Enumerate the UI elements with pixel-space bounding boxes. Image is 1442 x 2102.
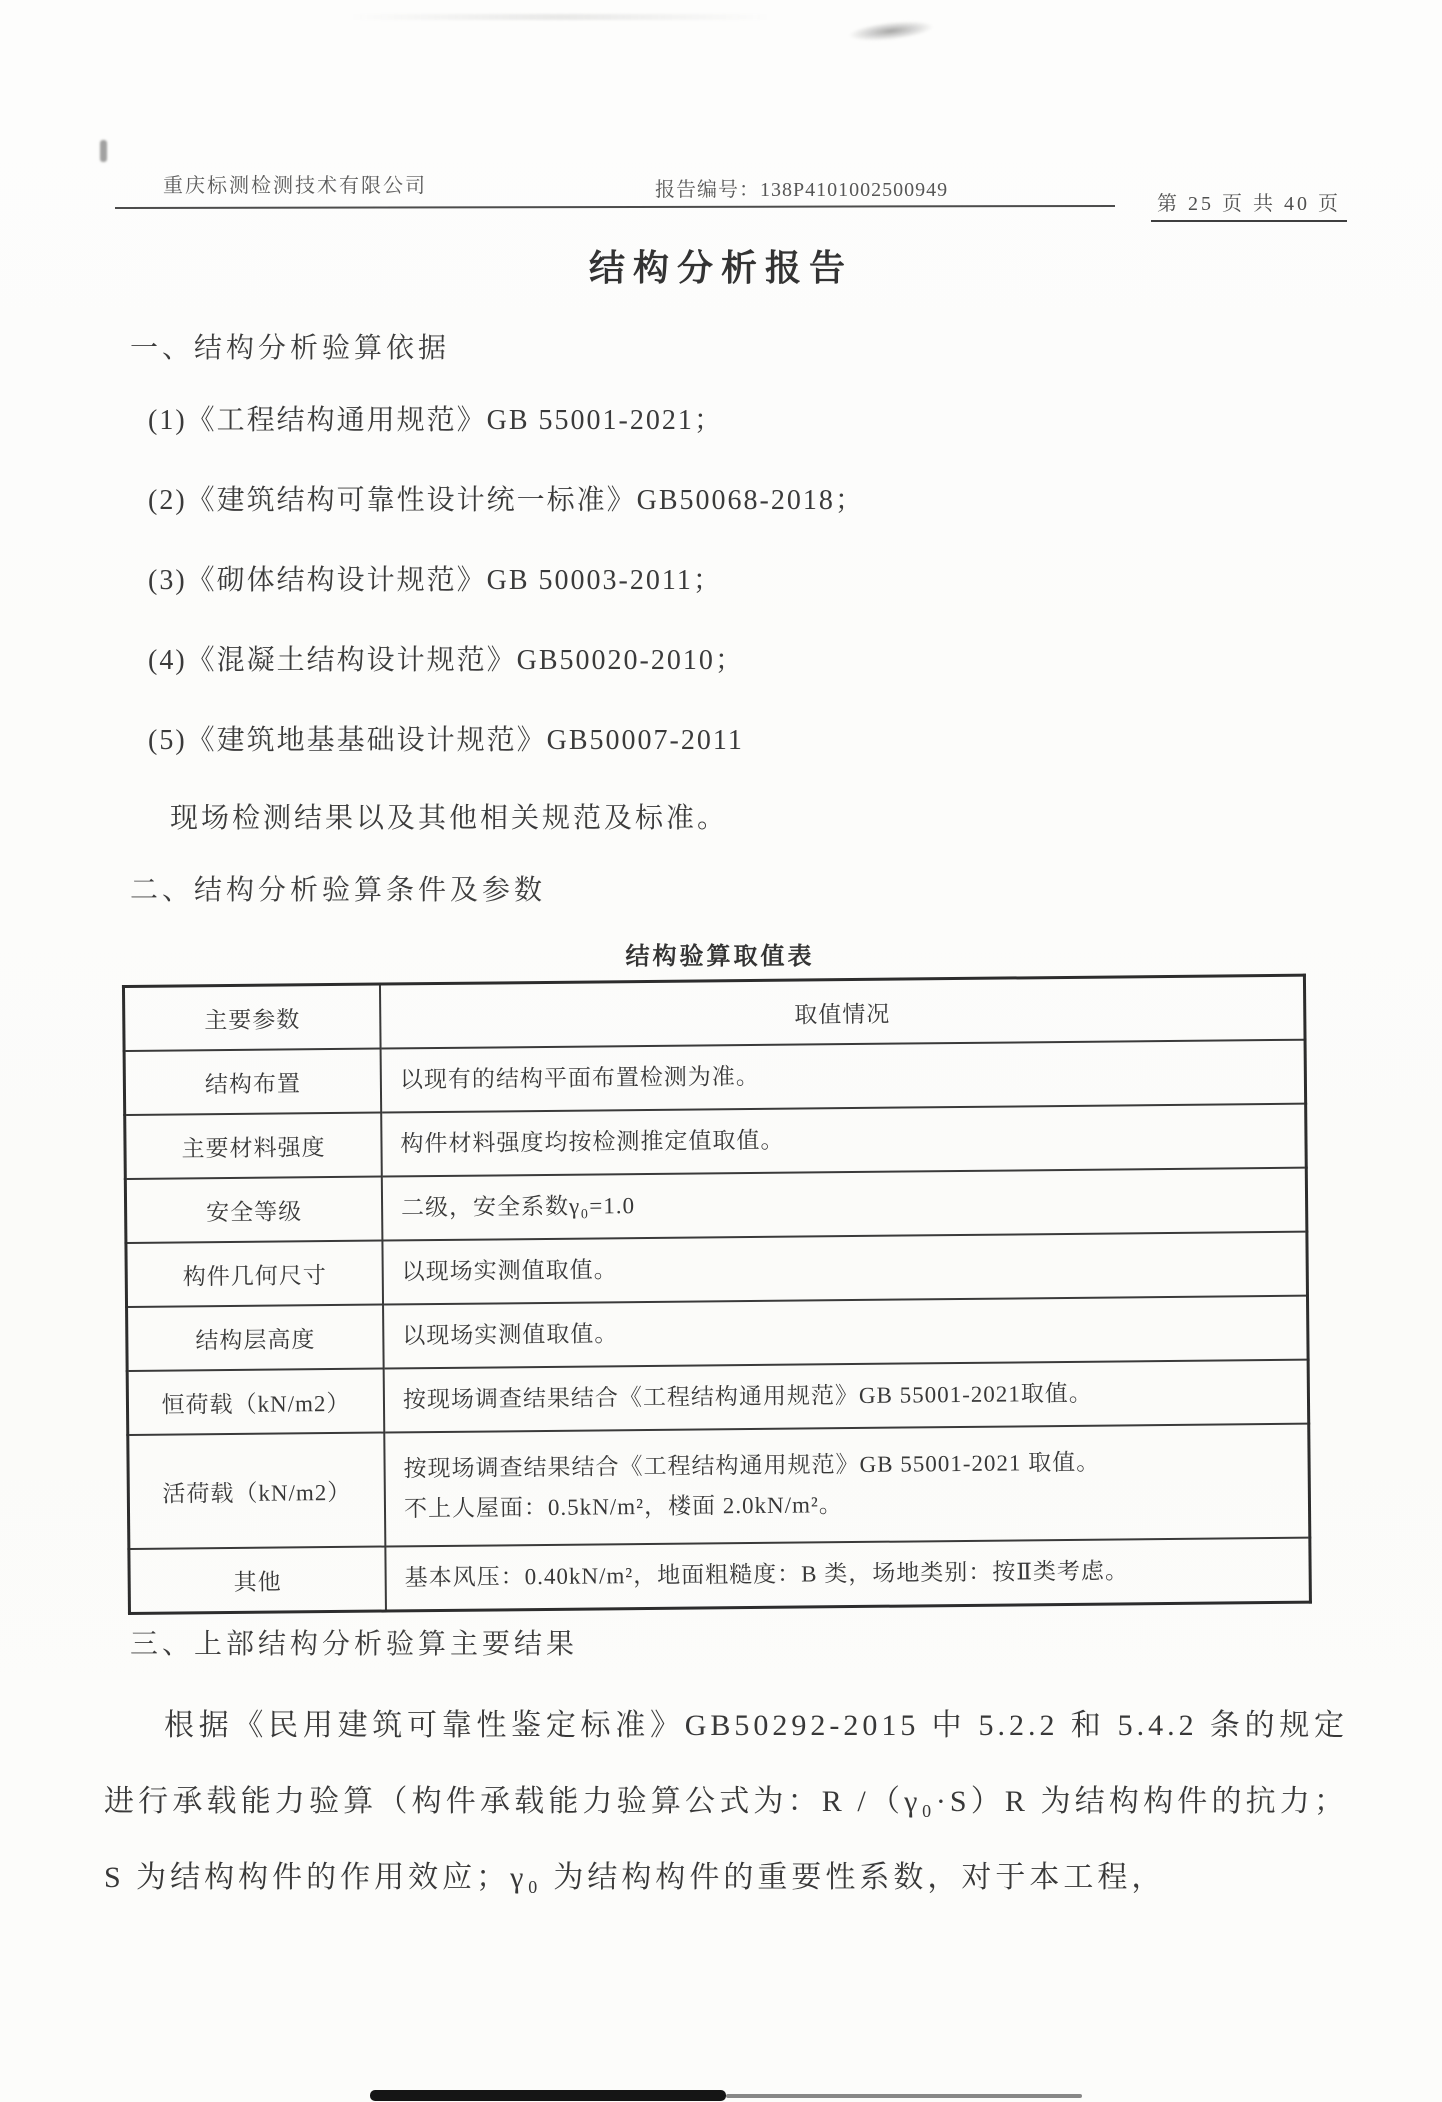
value-cell: 按现场调查结果结合《工程结构通用规范》GB 55001-2021 取值。 不上人… <box>384 1424 1310 1547</box>
section-params-heading: 二、结构分析验算条件及参数 <box>130 868 546 908</box>
reference-item: (1)《工程结构通用规范》GB 55001-2021； <box>148 398 724 438</box>
param-cell: 恒荷载（kN/m2） <box>127 1369 384 1435</box>
column-header-value: 取值情况 <box>380 975 1305 1048</box>
section-results-heading: 三、上部结构分析验算主要结果 <box>130 1622 578 1662</box>
reference-note: 现场检测结果以及其他相关规范及标准。 <box>170 796 728 836</box>
document-page: 重庆标测检测技术有限公司 报告编号：138P4101002500949 第 25… <box>0 0 1442 2102</box>
table-header-row: 主要参数 取值情况 <box>123 975 1305 1051</box>
param-cell: 活荷载（kN/m2） <box>128 1433 386 1549</box>
page-header: 重庆标测检测技术有限公司 报告编号：138P4101002500949 第 25… <box>115 146 1347 208</box>
scan-speck <box>100 140 107 162</box>
table-row: 活荷载（kN/m2） 按现场调查结果结合《工程结构通用规范》GB 55001-2… <box>128 1424 1310 1549</box>
value-cell: 按现场调查结果结合《工程结构通用规范》GB 55001-2021取值。 <box>384 1360 1309 1433</box>
report-number-label: 报告编号： <box>655 179 760 201</box>
param-cell: 主要材料强度 <box>125 1113 382 1179</box>
report-number: 报告编号：138P4101002500949 <box>655 173 948 202</box>
scan-bottom-line <box>726 2094 1082 2098</box>
table-row: 结构层高度 以现场实测值取值。 <box>127 1296 1309 1371</box>
page-indicator: 第 25 页 共 40 页 <box>1151 187 1347 222</box>
document-title: 结构分析报告 <box>0 240 1442 291</box>
reference-item: (2)《建筑结构可靠性设计统一标准》GB50068-2018； <box>148 478 865 518</box>
table-row: 结构布置 以现有的结构平面布置检测为准。 <box>124 1040 1306 1115</box>
param-cell: 其他 <box>129 1547 386 1614</box>
reference-item: (5)《建筑地基基础设计规范》GB50007-2011 <box>148 718 744 758</box>
table-row: 安全等级 二级，安全系数γ₀=1.0 <box>125 1168 1307 1243</box>
table-row: 主要材料强度 构件材料强度均按检测推定值取值。 <box>125 1104 1307 1179</box>
scan-bottom-bar <box>370 2090 726 2101</box>
value-cell: 构件材料强度均按检测推定值取值。 <box>381 1104 1306 1177</box>
value-cell: 基本风压：0.40kN/m²，地面粗糙度：B 类，场地类别：按Ⅱ类考虑。 <box>385 1538 1310 1611</box>
value-cell: 以现有的结构平面布置检测为准。 <box>381 1040 1306 1113</box>
header-divider <box>115 205 1115 209</box>
param-cell: 结构层高度 <box>127 1305 384 1371</box>
results-paragraph: 根据《民用建筑可靠性鉴定标准》GB50292-2015 中 5.2.2 和 5.… <box>104 1688 1348 1916</box>
section-basis-heading: 一、结构分析验算依据 <box>130 326 450 366</box>
structure-check-table: 主要参数 取值情况 结构布置 以现有的结构平面布置检测为准。 主要材料强度 构件… <box>122 974 1312 1615</box>
param-cell: 构件几何尺寸 <box>126 1241 383 1307</box>
company-name: 重庆标测检测技术有限公司 <box>163 169 427 198</box>
param-cell: 结构布置 <box>124 1049 381 1115</box>
param-cell: 安全等级 <box>125 1177 382 1243</box>
table-row: 构件几何尺寸 以现场实测值取值。 <box>126 1232 1308 1307</box>
column-header-param: 主要参数 <box>123 984 380 1051</box>
report-number-value: 138P4101002500949 <box>760 179 948 201</box>
value-cell: 以现场实测值取值。 <box>382 1232 1307 1305</box>
reference-item: (4)《混凝土结构设计规范》GB50020-2010； <box>148 638 745 678</box>
table-title: 结构验算取值表 <box>128 936 1312 971</box>
reference-item: (3)《砌体结构设计规范》GB 50003-2011； <box>148 558 723 598</box>
table-row: 恒荷载（kN/m2） 按现场调查结果结合《工程结构通用规范》GB 55001-2… <box>127 1360 1309 1435</box>
table-row: 其他 基本风压：0.40kN/m²，地面粗糙度：B 类，场地类别：按Ⅱ类考虑。 <box>129 1538 1311 1614</box>
value-cell: 以现场实测值取值。 <box>383 1296 1308 1369</box>
value-cell: 二级，安全系数γ₀=1.0 <box>382 1168 1307 1241</box>
scan-smudge <box>350 14 770 20</box>
scan-smudge <box>847 18 934 45</box>
